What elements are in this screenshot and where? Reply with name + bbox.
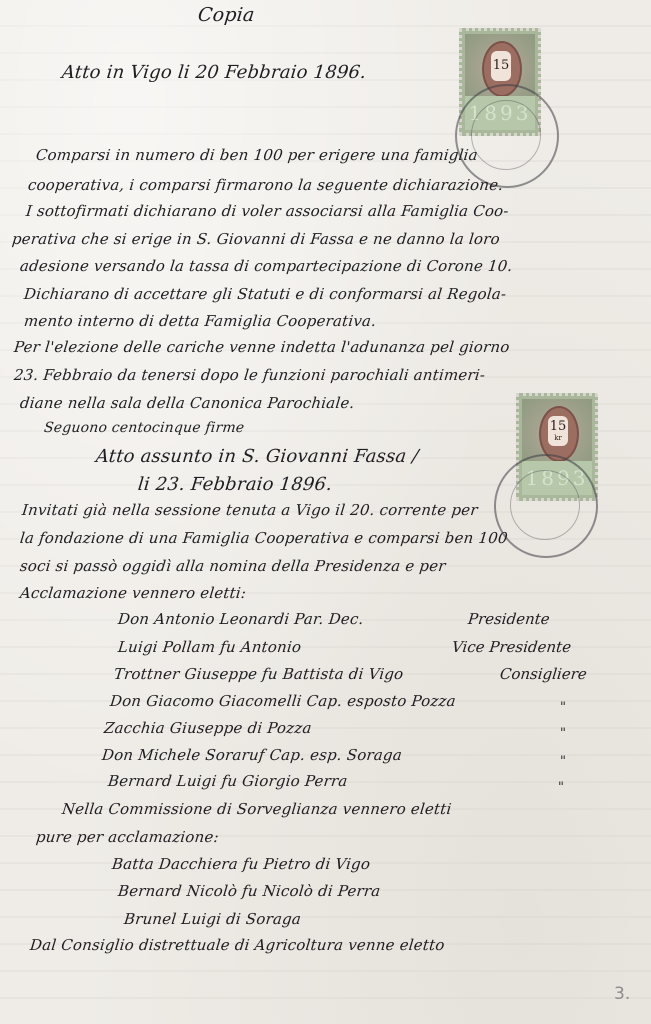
text-line: 23. Febbraio da tenersi dopo le funzioni…	[13, 366, 486, 384]
closing-line: Dal Consiglio distrettuale di Agricoltur…	[29, 936, 445, 954]
postmark-inner-ring	[510, 470, 580, 540]
postmark-1	[455, 84, 559, 188]
document-title: Copia	[197, 4, 256, 26]
signatures-note: Seguono centocinque firme	[43, 420, 245, 436]
handwritten-document-page: Copia Atto in Vigo li 20 Febbraio 1896. …	[0, 0, 651, 1024]
stamp-value: 15	[493, 59, 510, 73]
member-name: Trottner Giuseppe fu Battista di Vigo	[113, 665, 404, 683]
commission-intro-line: pure per acclamazione:	[35, 828, 220, 846]
commission-member: Brunel Luigi di Soraga	[123, 910, 302, 928]
text-line: cooperativa, i comparsi firmarono la seg…	[27, 176, 504, 194]
place-date-heading: Atto in Vigo li 20 Febbraio 1896.	[61, 62, 367, 83]
page-number: 3.	[614, 984, 630, 1004]
text-line: soci si passò oggidì alla nomina della P…	[19, 557, 447, 575]
member-name: Luigi Pollam fu Antonio	[117, 638, 302, 656]
ditto-mark: "	[560, 754, 566, 769]
stamp-unit: kr	[554, 434, 562, 442]
member-name: Bernard Luigi fu Giorgio Perra	[107, 772, 348, 790]
stamp-value: 15	[550, 420, 567, 434]
text-line: adesione versando la tassa di comparteci…	[19, 257, 513, 275]
text-line: Comparsi in numero di ben 100 per eriger…	[35, 146, 479, 164]
text-line: Dichiarano di accettare gli Statuti e di…	[23, 285, 507, 303]
text-line: I sottofirmati dichiarano di voler assoc…	[25, 202, 510, 220]
second-date: li 23. Febbraio 1896.	[137, 474, 333, 495]
second-heading: Atto assunto in S. Giovanni Fassa /	[95, 446, 420, 467]
member-role: Presidente	[467, 610, 551, 628]
text-line: Per l'elezione delle cariche venne indet…	[13, 338, 511, 356]
ditto-mark: "	[558, 780, 564, 795]
stamp-value-box: 15	[491, 51, 511, 81]
ditto-mark: "	[560, 726, 566, 741]
text-line: la fondazione di una Famiglia Cooperativ…	[19, 529, 509, 547]
member-name: Don Giacomo Giacomelli Cap. esposto Pozz…	[109, 692, 457, 710]
ditto-mark: "	[560, 700, 566, 715]
postmark-inner-ring	[471, 100, 541, 170]
postmark-2	[494, 454, 598, 558]
text-line: Acclamazione vennero eletti:	[19, 584, 247, 602]
text-line: Invitati già nella sessione tenuta a Vig…	[21, 501, 479, 519]
text-line: diane nella sala della Canonica Parochia…	[19, 394, 355, 412]
text-line: mento interno di detta Famiglia Cooperat…	[23, 312, 377, 330]
member-name: Don Antonio Leonardi Par. Dec.	[117, 610, 365, 628]
stamp-value-box: 15 kr	[548, 416, 568, 446]
text-line: perativa che si erige in S. Giovanni di …	[11, 230, 501, 248]
commission-member: Batta Dacchiera fu Pietro di Vigo	[111, 855, 371, 873]
member-role: Vice Presidente	[451, 638, 572, 656]
member-role: Consigliere	[499, 665, 588, 683]
commission-intro-line: Nella Commissione di Sorveglianza venner…	[61, 800, 452, 818]
commission-member: Bernard Nicolò fu Nicolò di Perra	[117, 882, 381, 900]
member-name: Don Michele Soraruf Cap. esp. Soraga	[101, 746, 403, 764]
member-name: Zacchia Giuseppe di Pozza	[103, 719, 313, 737]
